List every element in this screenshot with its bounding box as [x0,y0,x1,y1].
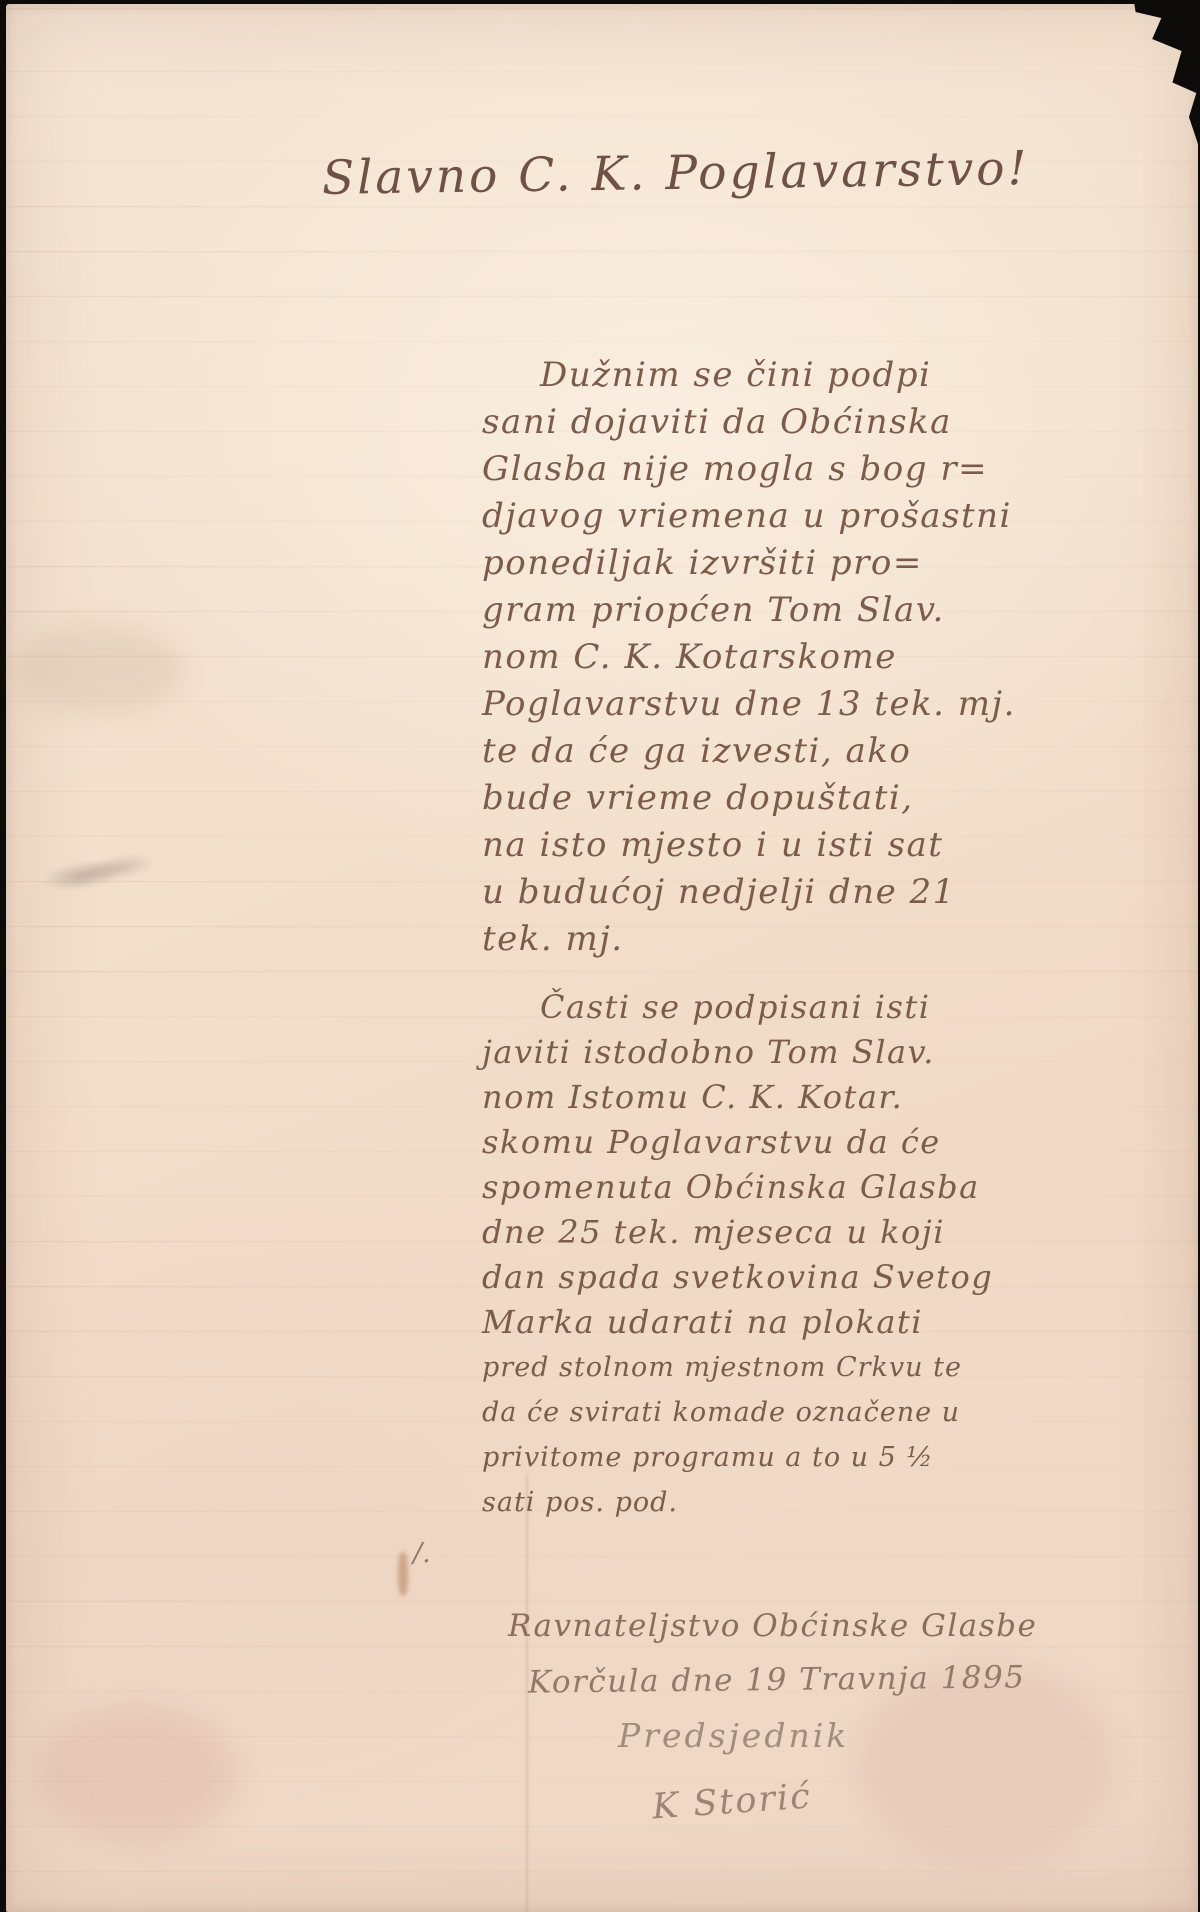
text-line: ponediljak izvršiti pro= [482,540,1022,587]
enclosure-mark: /. [413,1538,431,1569]
text-line: skomu Poglavarstvu da će [482,1120,1022,1165]
text-line: sati pos. pod. [482,1480,1022,1525]
text-line: tek. mj. [482,916,1022,963]
text-line: bude vrieme dopuštati, [482,775,1022,822]
text-line: djavog vriemena u prošastni [482,493,1022,540]
letter-salutation: Slavno C. K. Poglavarstvo! [322,141,1023,206]
text-line: te da će ga izvesti, ako [482,728,1022,775]
text-line: Glasba nije mogla s bog r= [482,446,1022,493]
stain-bottom-left [36,1704,236,1844]
text-line: nom Istomu C. K. Kotar. [482,1075,1022,1120]
text-line: Časti se podpisani isti [482,985,1022,1030]
text-line: spomenuta Obćinska Glasba [482,1165,1022,1210]
text-line: privitome programu a to u 5 ½ [482,1435,1022,1480]
text-line: da će svirati komade označene u [482,1390,1022,1435]
text-line: Marka udarati na plokati [482,1300,1022,1345]
paragraph-2: Časti se podpisani isti javiti istodobno… [482,985,1022,1525]
closing-place-date: Korčula dne 19 Travnja 1895 [528,1659,1026,1700]
letter-body: Dužnim se čini podpi sani dojaviti da Ob… [482,352,1022,1525]
text-line: sani dojaviti da Obćinska [482,399,1022,446]
closing-organization: Ravnateljstvo Obćinske Glasbe [508,1608,1037,1644]
scanned-letter-photo: Slavno C. K. Poglavarstvo! Dužnim se čin… [0,0,1200,1912]
stain-left-middle [16,624,186,714]
text-line: u budućoj nedjelji dne 21 [482,869,1022,916]
text-line: dne 25 tek. mjeseca u koji [482,1210,1022,1255]
text-line: pred stolnom mjestnom Crkvu te [482,1345,1022,1390]
text-line: Poglavarstvu dne 13 tek. mj. [482,681,1022,728]
text-line: dan spada svetkovina Svetog [482,1255,1022,1300]
text-line: na isto mjesto i u isti sat [482,822,1022,869]
rust-spot [398,1552,408,1596]
pencil-smudge [41,841,157,906]
paragraph-1: Dužnim se čini podpi sani dojaviti da Ob… [482,352,1022,963]
text-line: Dužnim se čini podpi [482,352,1022,399]
text-line: gram priopćen Tom Slav. [482,587,1022,634]
closing-role: Predsjednik [618,1716,849,1755]
text-line: nom C. K. Kotarskome [482,634,1022,681]
text-line: javiti istodobno Tom Slav. [482,1030,1022,1075]
